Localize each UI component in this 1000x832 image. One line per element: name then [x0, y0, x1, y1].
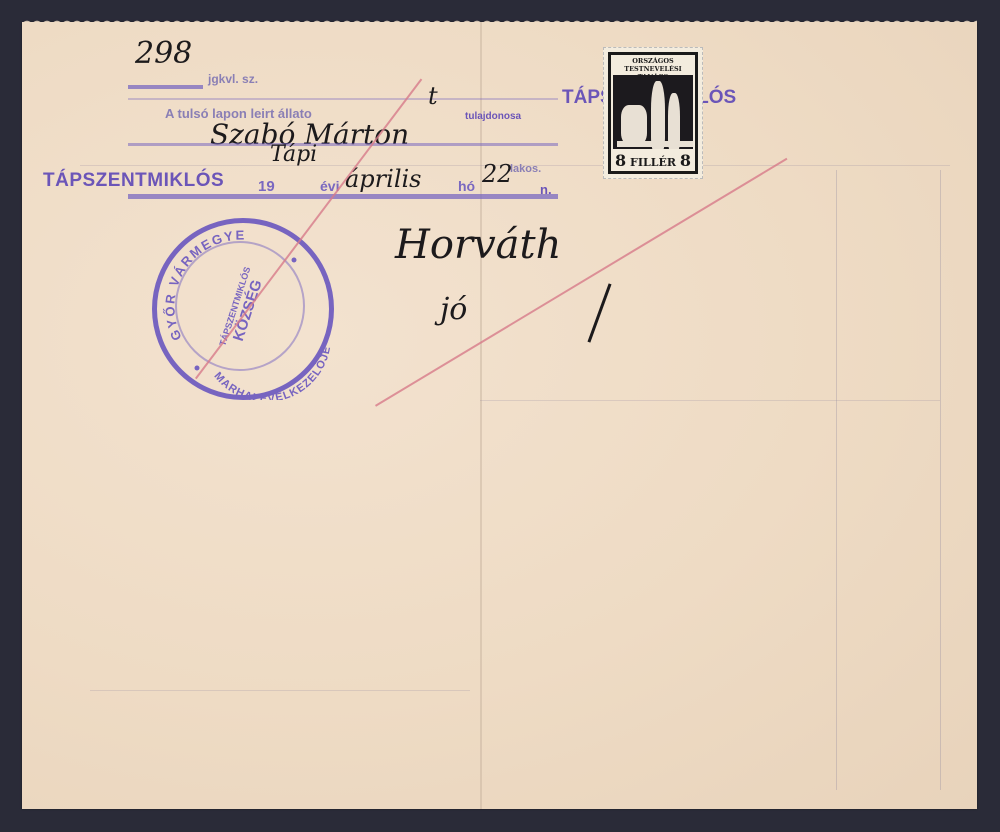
revenue-stamp: ORSZÁGOS TESTNEVELÉSI TANÁCS 8 FILLÉR 8 [603, 47, 703, 179]
rubber-stamp-bar [128, 143, 558, 146]
ghost-column-rule [836, 170, 837, 790]
printed-line-1-suffix: tulajdonosa [465, 111, 521, 122]
serial-number: 298 [135, 36, 192, 71]
handwritten-mark: t [428, 82, 438, 110]
day-handwritten: 22 [482, 160, 513, 188]
ghost-rule [90, 690, 470, 691]
lakos-label: lakos. [510, 163, 541, 175]
month-handwritten: április [345, 165, 422, 193]
owner-location: Tápi [270, 142, 317, 167]
nap-label: n. [540, 182, 552, 197]
year-prefix: 19 [258, 178, 275, 195]
ho-label: hó [458, 178, 475, 194]
svg-text:MARHALEVÉLKEZELŐJE: MARHALEVÉLKEZELŐJE [212, 345, 334, 400]
stamp-value-right: 8 [680, 151, 691, 170]
approval-note: jó [440, 292, 467, 327]
stamp-issuer-line1: ORSZÁGOS [611, 57, 695, 65]
rubber-stamp-bar [128, 194, 558, 199]
stamp-figures-illustration [613, 75, 693, 149]
dotted-rule [128, 98, 558, 100]
ghost-column-rule [940, 170, 941, 790]
fold-crease [480, 22, 482, 809]
rubber-stamp-bar [128, 85, 203, 89]
signature: Horváth [395, 222, 561, 268]
stamp-value: 8 FILLÉR 8 [611, 151, 695, 170]
stamp-unit: FILLÉR [630, 156, 676, 169]
jegyzokonyv-label: jgkvl. sz. [208, 72, 258, 86]
stamp-value-left: 8 [615, 151, 626, 170]
ghost-rule [480, 400, 940, 401]
official-round-seal: GYŐR VÁRMEGYE MARHALEVÉLKEZELŐJE TÁPSZEN… [152, 218, 334, 400]
place-stamp: TÁPSZENTMIKLÓS [43, 170, 224, 192]
